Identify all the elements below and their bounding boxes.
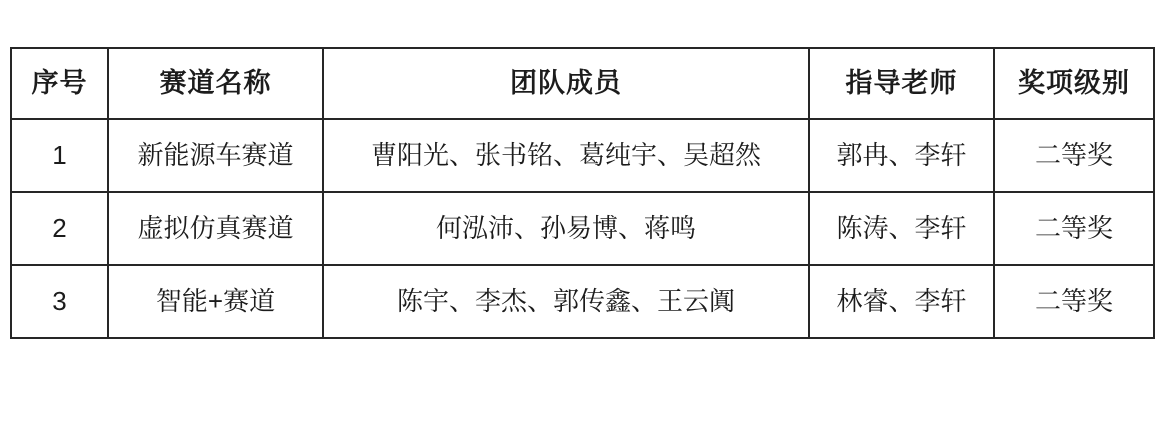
cell-track-name: 新能源车赛道 [108, 119, 323, 192]
cell-serial-number: 3 [11, 265, 108, 338]
cell-serial-number: 1 [11, 119, 108, 192]
header-serial-number: 序号 [11, 48, 108, 119]
header-award-level: 奖项级别 [994, 48, 1154, 119]
table-row: 2 虚拟仿真赛道 何泓沛、孙易博、蒋鸣 陈涛、李轩 二等奖 [11, 192, 1154, 265]
cell-team-members: 陈宇、李杰、郭传鑫、王云阗 [323, 265, 809, 338]
header-track-name: 赛道名称 [108, 48, 323, 119]
header-team-members: 团队成员 [323, 48, 809, 119]
cell-award-level: 二等奖 [994, 192, 1154, 265]
cell-award-level: 二等奖 [994, 265, 1154, 338]
cell-advisors: 郭冉、李轩 [809, 119, 994, 192]
cell-advisors: 陈涛、李轩 [809, 192, 994, 265]
cell-serial-number: 2 [11, 192, 108, 265]
page: 序号 赛道名称 团队成员 指导老师 奖项级别 1 新能源车赛道 曹阳光、张书铭、… [0, 0, 1170, 434]
table-row: 1 新能源车赛道 曹阳光、张书铭、葛纯宇、吴超然 郭冉、李轩 二等奖 [11, 119, 1154, 192]
cell-advisors: 林睿、李轩 [809, 265, 994, 338]
header-advisors: 指导老师 [809, 48, 994, 119]
table-header-row: 序号 赛道名称 团队成员 指导老师 奖项级别 [11, 48, 1154, 119]
cell-track-name: 虚拟仿真赛道 [108, 192, 323, 265]
table-row: 3 智能+赛道 陈宇、李杰、郭传鑫、王云阗 林睿、李轩 二等奖 [11, 265, 1154, 338]
cell-award-level: 二等奖 [994, 119, 1154, 192]
awards-table: 序号 赛道名称 团队成员 指导老师 奖项级别 1 新能源车赛道 曹阳光、张书铭、… [10, 47, 1155, 339]
cell-track-name: 智能+赛道 [108, 265, 323, 338]
cell-team-members: 曹阳光、张书铭、葛纯宇、吴超然 [323, 119, 809, 192]
cell-team-members: 何泓沛、孙易博、蒋鸣 [323, 192, 809, 265]
